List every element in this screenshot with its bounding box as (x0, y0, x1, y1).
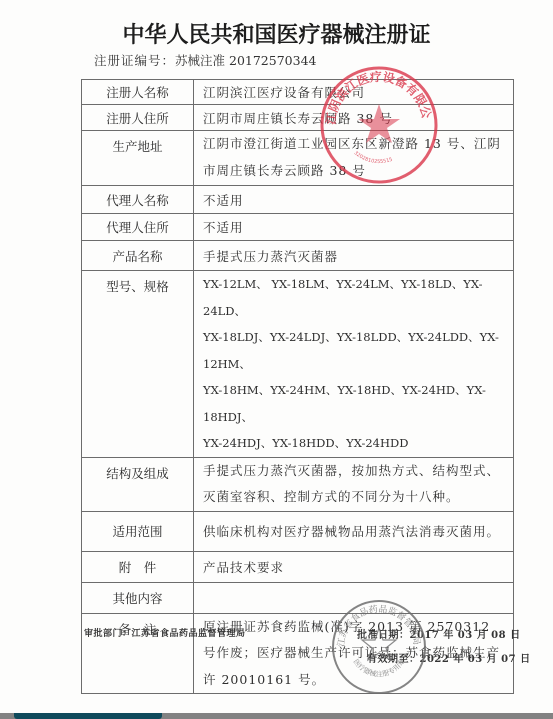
row-label-agent-name: 代理人名称 (82, 186, 194, 214)
row-value-production-address: 江阴市澄江街道工业园区东区新澄路 13 号、江阴市周庄镇长寿云顾路 38 号 (194, 131, 514, 186)
registration-number-line: 注册证编号：苏械注准 20172570344 (94, 51, 316, 69)
table-row: 代理人住所 不适用 (82, 214, 514, 241)
registration-number-label: 注册证编号： (94, 53, 175, 68)
row-value-agent-address: 不适用 (194, 214, 514, 241)
certificate-table: 注册人名称 江阴滨江医疗设备有限公司 注册人住所 江阴市周庄镇长寿云顾路 38 … (81, 79, 514, 694)
row-value-registrant-address: 江阴市周庄镇长寿云顾路 38 号 (194, 105, 514, 131)
row-label-registrant-address: 注册人住所 (82, 105, 194, 131)
model-line: YX-24HDJ、YX-18HDD、YX-24HDD (203, 430, 507, 457)
model-line: YX-18HM、YX-24HM、YX-18HD、YX-24HD、YX-18HDJ… (203, 377, 507, 430)
row-label-agent-address: 代理人住所 (82, 214, 194, 241)
row-label-structure: 结构及组成 (82, 457, 194, 511)
scrollbar-thumb[interactable] (14, 713, 162, 719)
approval-department: 审批部门：江苏省食品药品监督管理局 (84, 626, 246, 639)
table-row: 型号、规格 YX-12LM、 YX-18LM、YX-24LM、YX-18LD、Y… (82, 271, 514, 458)
table-row: 产品名称 手提式压力蒸汽灭菌器 (82, 241, 514, 271)
row-value-scope: 供临床机构对医疗器械物品用蒸汽法消毒灭菌用。 (194, 511, 514, 551)
model-line: YX-18LDJ、YX-24LDJ、YX-18LDD、YX-24LDD、YX-1… (203, 324, 507, 377)
table-row: 适用范围 供临床机构对医疗器械物品用蒸汽法消毒灭菌用。 (82, 511, 514, 551)
row-label-product-name: 产品名称 (82, 241, 194, 271)
table-row: 附 件 产品技术要求 (82, 551, 514, 582)
approval-date: 批准日期：2017 年 03 月 08 日 (357, 626, 521, 641)
row-label-model-spec: 型号、规格 (82, 271, 194, 458)
table-row: 代理人名称 不适用 (82, 186, 514, 214)
row-value-model-spec: YX-12LM、 YX-18LM、YX-24LM、YX-18LD、YX-24LD… (194, 271, 514, 458)
table-row: 结构及组成 手提式压力蒸汽灭菌器，按加热方式、结构型式、灭菌室容积、控制方式的不… (82, 457, 514, 511)
table-row: 注册人住所 江阴市周庄镇长寿云顾路 38 号 (82, 105, 514, 131)
table-row: 注册人名称 江阴滨江医疗设备有限公司 (82, 80, 514, 105)
model-line: YX-12LM、 YX-18LM、YX-24LM、YX-18LD、YX-24LD… (203, 271, 507, 324)
row-label-registrant-name: 注册人名称 (82, 80, 194, 105)
row-value-attachment: 产品技术要求 (194, 551, 514, 582)
registration-number: 苏械注准 20172570344 (175, 53, 316, 68)
row-label-other: 其他内容 (82, 582, 194, 613)
certificate-title: 中华人民共和国医疗器械注册证 (0, 18, 553, 49)
row-value-other (194, 582, 514, 613)
row-value-product-name: 手提式压力蒸汽灭菌器 (194, 241, 514, 271)
row-label-attachment: 附 件 (82, 551, 194, 582)
row-label-scope: 适用范围 (82, 511, 194, 551)
table-row: 其他内容 (82, 582, 514, 613)
row-value-agent-name: 不适用 (194, 186, 514, 214)
table-row: 生产地址 江阴市澄江街道工业园区东区新澄路 13 号、江阴市周庄镇长寿云顾路 3… (82, 131, 514, 186)
bottom-scrollbar[interactable] (0, 713, 553, 719)
row-value-registrant-name: 江阴滨江医疗设备有限公司 (194, 80, 514, 105)
row-value-structure: 手提式压力蒸汽灭菌器，按加热方式、结构型式、灭菌室容积、控制方式的不同分为十八种… (194, 457, 514, 511)
row-label-production-address: 生产地址 (82, 131, 194, 186)
valid-until-date: 有效期至：2022 年 03 月 07 日 (367, 650, 531, 665)
